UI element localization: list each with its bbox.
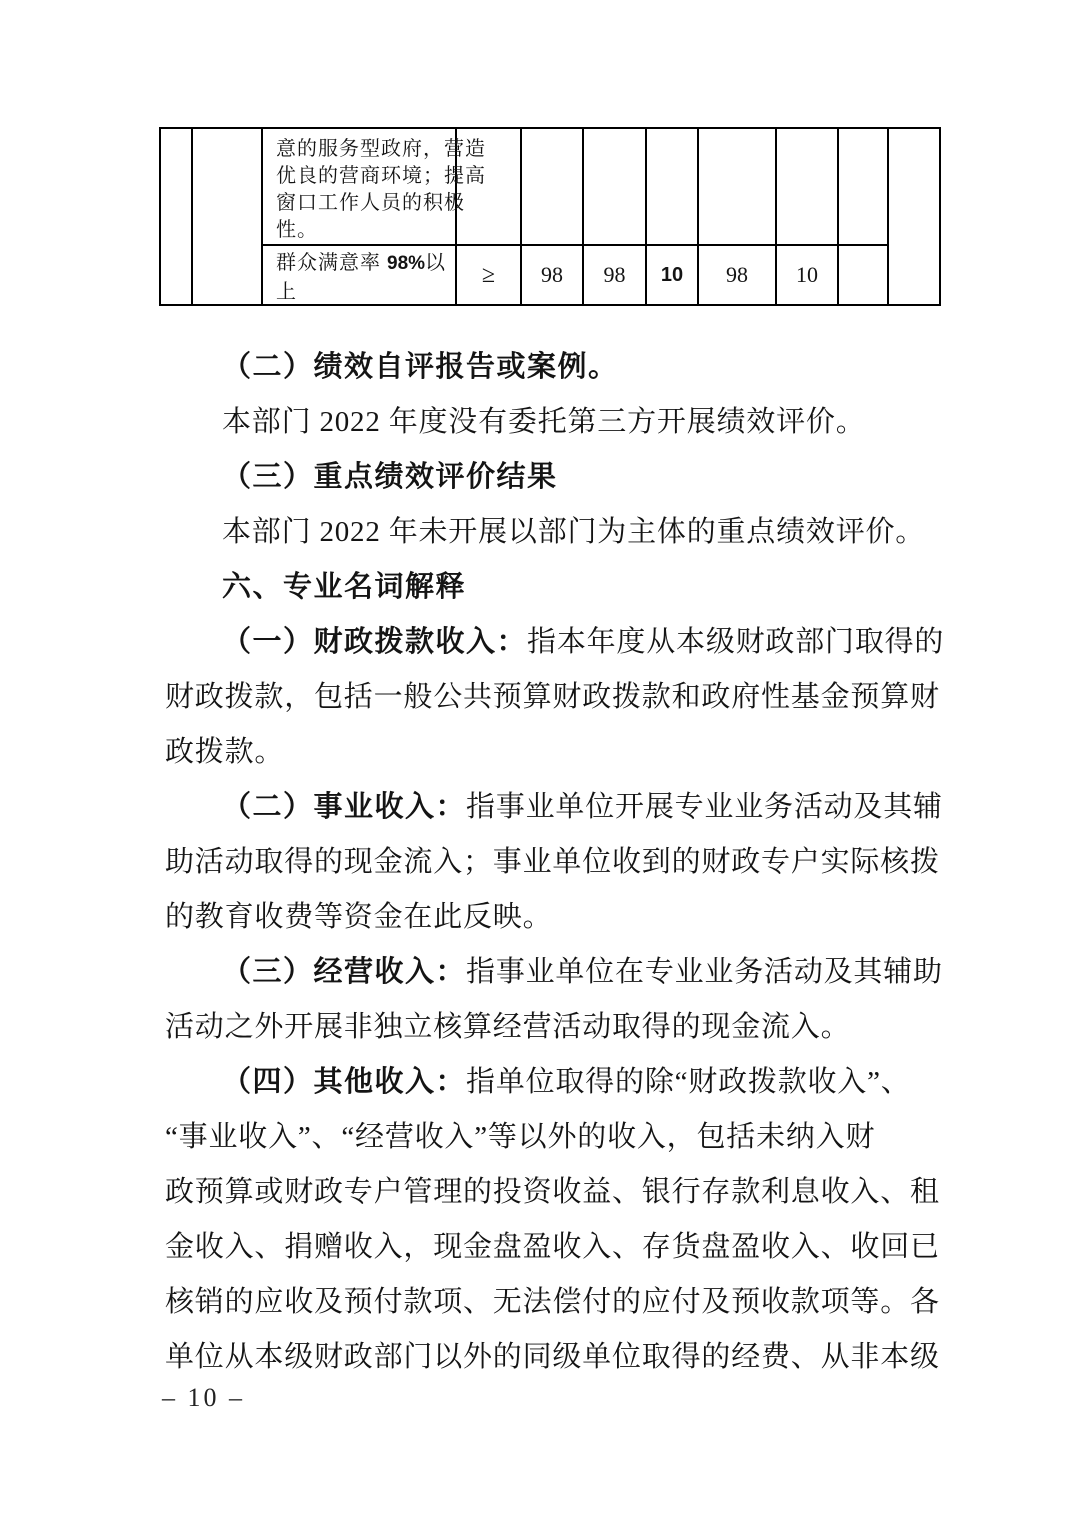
- table-cell-empty: [646, 128, 698, 245]
- section-heading-self-evaluation: （二）绩效自评报告或案例。: [165, 340, 945, 395]
- weight-cell: 10: [646, 245, 698, 305]
- definition-text: 指单位取得的除“财政拨款收入”、: [466, 1066, 911, 1098]
- definition-line: 的教育收费等资金在此反映。: [165, 890, 945, 945]
- definition-text: 指事业单位在专业业务活动及其辅助: [466, 956, 943, 988]
- comparator-cell: ≥: [456, 245, 521, 305]
- section-heading-terminology: 六、专业名词解释: [165, 560, 945, 615]
- definition-text: 指本年度从本级财政部门取得的: [527, 626, 944, 658]
- paragraph-line: 本部门 2022 年度没有委托第三方开展绩效评价。: [165, 395, 945, 450]
- definition-line: 财政拨款，包括一般公共预算财政拨款和政府性基金预算财: [165, 670, 945, 725]
- score-value-cell: 98: [698, 245, 776, 305]
- indicator-description-line: 性。: [276, 217, 449, 244]
- table-cell-empty: [838, 245, 888, 305]
- definition-line: 核销的应收及预付款项、无法偿付的应付及预收款项等。各: [165, 1275, 945, 1330]
- indicator-description-line: 窗口工作人员的积极: [276, 190, 449, 217]
- document-page: 意的服务型政府，营造 优良的营商环境；提高 窗口工作人员的积极 性。 群众满意率…: [0, 0, 1074, 1520]
- satisfaction-label-prefix: 群众满意率: [276, 252, 387, 274]
- performance-indicator-table: 意的服务型政府，营造 优良的营商环境；提高 窗口工作人员的积极 性。 群众满意率…: [159, 127, 941, 306]
- definition-term-other-income: （四）其他收入：: [222, 1066, 466, 1098]
- table-cell-empty: [521, 128, 583, 245]
- indicator-description-cell: 意的服务型政府，营造 优良的营商环境；提高 窗口工作人员的积极 性。: [262, 128, 456, 245]
- table-cell-empty: [698, 128, 776, 245]
- satisfaction-label-cell: 群众满意率 98%以上: [262, 245, 456, 305]
- definition-line: “事业收入”、“经营收入”等以外的收入，包括未纳入财: [165, 1110, 945, 1165]
- indicator-description-line: 意的服务型政府，营造: [276, 136, 449, 163]
- definition-line: 助活动取得的现金流入；事业单位收到的财政专户实际核拨: [165, 835, 945, 890]
- definition-text: 指事业单位开展专业业务活动及其辅: [466, 791, 943, 823]
- definition-term-business-income: （三）经营收入：: [222, 956, 466, 988]
- definition-line: （二）事业收入：指事业单位开展专业业务活动及其辅: [165, 780, 945, 835]
- target-value-cell: 98: [521, 245, 583, 305]
- definition-line: 政拨款。: [165, 725, 945, 780]
- satisfaction-percentage: 98%: [387, 253, 425, 274]
- table-row-indicator-detail: 意的服务型政府，营造 优良的营商环境；提高 窗口工作人员的积极 性。: [160, 128, 940, 245]
- definition-term-fiscal-appropriation: （一）财政拨款收入：: [222, 626, 527, 658]
- definition-line: 政预算或财政专户管理的投资收益、银行存款利息收入、租: [165, 1165, 945, 1220]
- indicator-description-line: 优良的营商环境；提高: [276, 163, 449, 190]
- table-row-satisfaction: 群众满意率 98%以上 ≥ 98 98 10 98 10: [160, 245, 940, 305]
- definition-line: 单位从本级财政部门以外的同级单位取得的经费、从非本级: [165, 1330, 945, 1385]
- table-cell-empty-left-2: [192, 128, 262, 305]
- definition-line: 活动之外开展非独立核算经营活动取得的现金流入。: [165, 1000, 945, 1055]
- table-cell-empty: [583, 128, 646, 245]
- table-cell-empty: [838, 128, 888, 245]
- definition-line: （四）其他收入：指单位取得的除“财政拨款收入”、: [165, 1055, 945, 1110]
- table-cell-empty-left-1: [160, 128, 192, 305]
- definition-line: （三）经营收入：指事业单位在专业业务活动及其辅助: [165, 945, 945, 1000]
- score-cell: 10: [776, 245, 838, 305]
- table-cell-empty-right: [888, 128, 940, 305]
- definition-line: 金收入、捐赠收入，现金盘盈收入、存货盘盈收入、收回已: [165, 1220, 945, 1275]
- page-number: – 10 –: [162, 1383, 245, 1413]
- definition-term-operating-income: （二）事业收入：: [222, 791, 466, 823]
- document-body: （二）绩效自评报告或案例。 本部门 2022 年度没有委托第三方开展绩效评价。 …: [165, 340, 945, 1385]
- section-heading-key-evaluation: （三）重点绩效评价结果: [165, 450, 945, 505]
- paragraph-line: 本部门 2022 年未开展以部门为主体的重点绩效评价。: [165, 505, 945, 560]
- table-cell-empty: [776, 128, 838, 245]
- definition-line: （一）财政拨款收入：指本年度从本级财政部门取得的: [165, 615, 945, 670]
- actual-value-cell: 98: [583, 245, 646, 305]
